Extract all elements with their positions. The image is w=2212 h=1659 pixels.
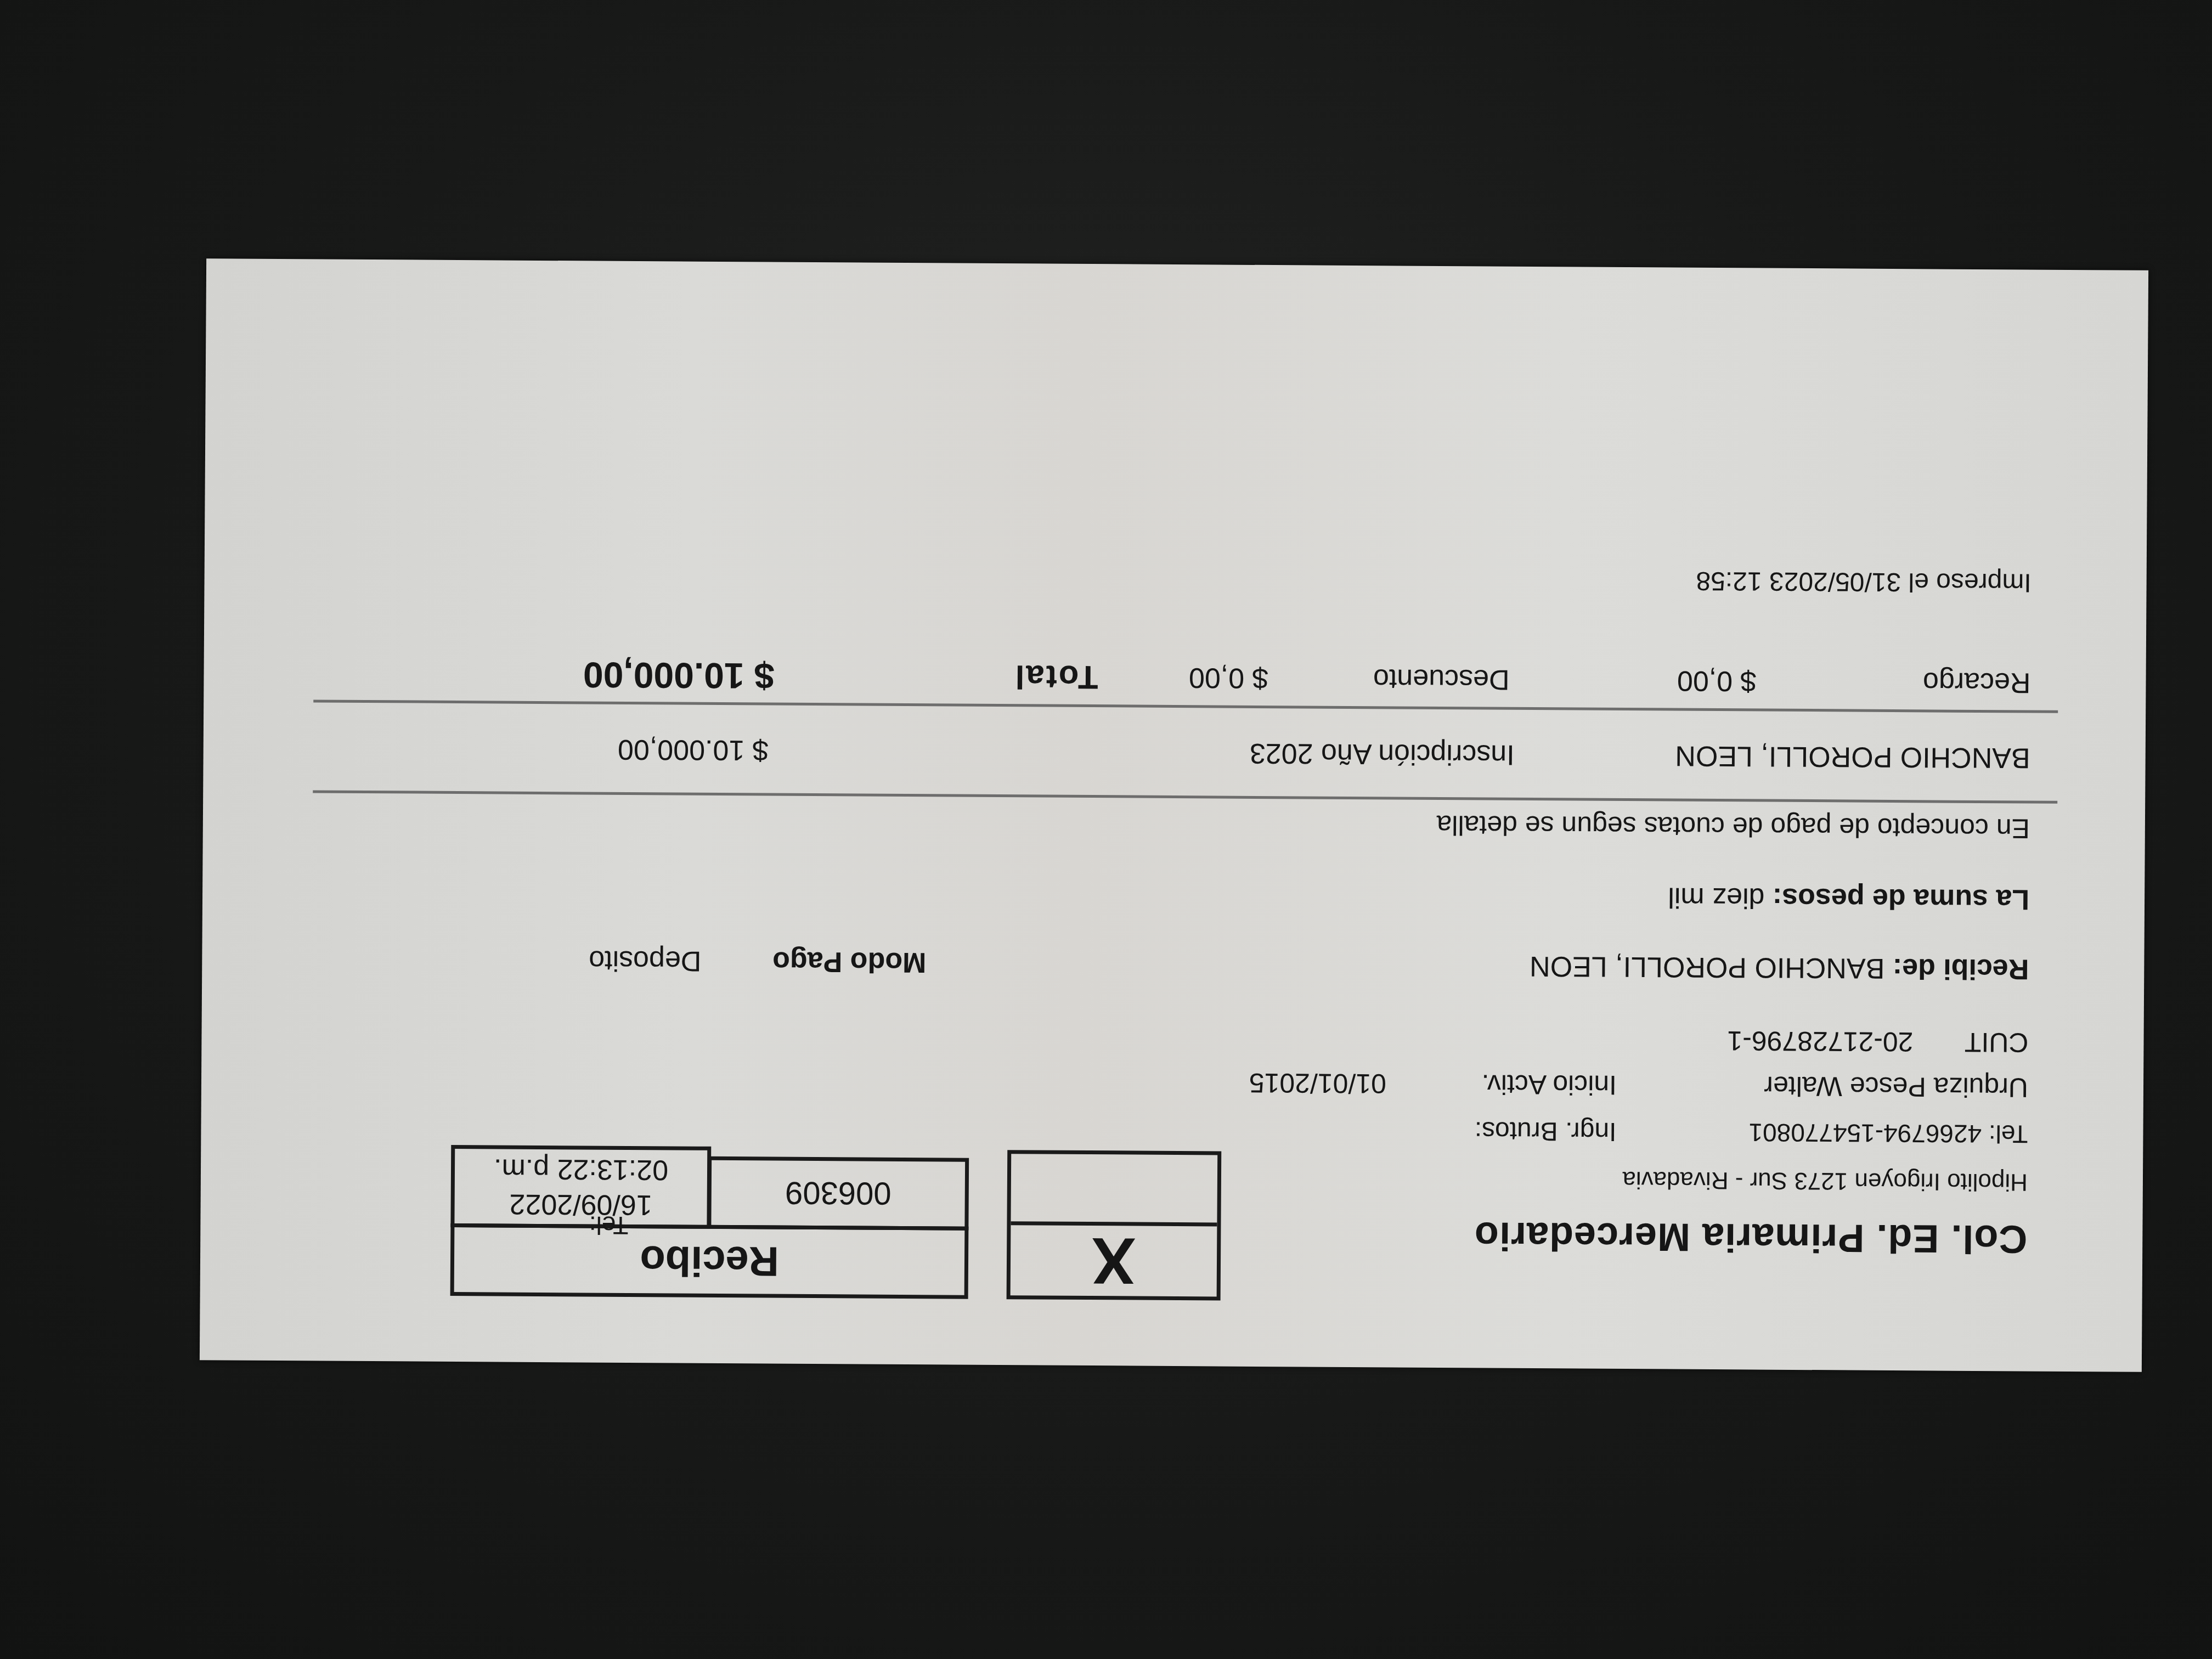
divider bbox=[313, 790, 2057, 803]
line-item-name: BANCHIO POROLLI, LEON bbox=[1675, 740, 2030, 775]
payment-mode-value: Deposito bbox=[589, 944, 702, 977]
document-type-box: X bbox=[1007, 1150, 1222, 1300]
receipt-paper: X Recibo 006309 16/09/2022 02:13:22 p.m.… bbox=[200, 258, 2148, 1372]
receipt-datetime: 16/09/2022 02:13:22 p.m. bbox=[450, 1145, 711, 1229]
line-item-description: Inscripción Año 2023 bbox=[1250, 737, 1515, 771]
received-from: Recibi de: BANCHIO POROLLI, LEON bbox=[1530, 950, 2029, 986]
amount-in-words-value: diez mil bbox=[1668, 882, 1765, 914]
discount-label: Descuento bbox=[1373, 662, 1510, 696]
cuit-label: CUIT bbox=[1965, 1026, 2029, 1059]
total-label: Total bbox=[1013, 658, 1098, 696]
issuer-name: Col. Ed. Primaria Mercedario bbox=[1474, 1213, 2028, 1261]
receipt-time: 02:13:22 p.m. bbox=[494, 1151, 668, 1187]
amount-in-words: La suma de pesos: diez mil bbox=[1668, 881, 2029, 916]
discount-value: $ 0,00 bbox=[1189, 661, 1268, 695]
receipt-number: 006309 bbox=[707, 1156, 969, 1231]
receipt-date: 16/09/2022 bbox=[509, 1187, 652, 1223]
issuer-tel-label: Tel: bbox=[589, 1211, 629, 1240]
inicio-actividad-label: Inicio Activ. bbox=[1481, 1068, 1617, 1101]
surcharge-value: $ 0,00 bbox=[1677, 664, 1757, 698]
surcharge-label: Recargo bbox=[1923, 665, 2031, 699]
received-from-label: Recibi de: bbox=[1893, 952, 2029, 985]
issuer-owner: Urquiza Pesce Walter bbox=[1764, 1070, 2028, 1104]
printed-timestamp: Impreso el 31/05/2023 12:58 bbox=[1696, 566, 2031, 598]
ingresos-brutos-label: Ingr. Brutos: bbox=[1475, 1115, 1617, 1147]
document-type-letter: X bbox=[1011, 1221, 1217, 1296]
issuer-phone: Tel: 4266794-154770801 bbox=[1748, 1118, 2028, 1149]
payment-mode-label: Modo Pago bbox=[772, 945, 927, 979]
issuer-address: Hipolito Irigoyen 1273 Sur - Rivadavia bbox=[1622, 1166, 2028, 1196]
total-value: $ 10.000,00 bbox=[583, 654, 775, 697]
document-title: Recibo bbox=[450, 1223, 969, 1299]
inicio-actividad-value: 01/01/2015 bbox=[1249, 1067, 1387, 1100]
received-from-name: BANCHIO POROLLI, LEON bbox=[1530, 950, 1885, 984]
line-item-amount: $ 10.000,00 bbox=[618, 733, 769, 767]
divider bbox=[313, 699, 2058, 713]
amount-in-words-label: La suma de pesos: bbox=[1773, 882, 2030, 916]
concept-text: En concepto de pago de cuotas segun se d… bbox=[1436, 809, 2030, 845]
cuit-value: 20-21728796-1 bbox=[1727, 1025, 1914, 1058]
